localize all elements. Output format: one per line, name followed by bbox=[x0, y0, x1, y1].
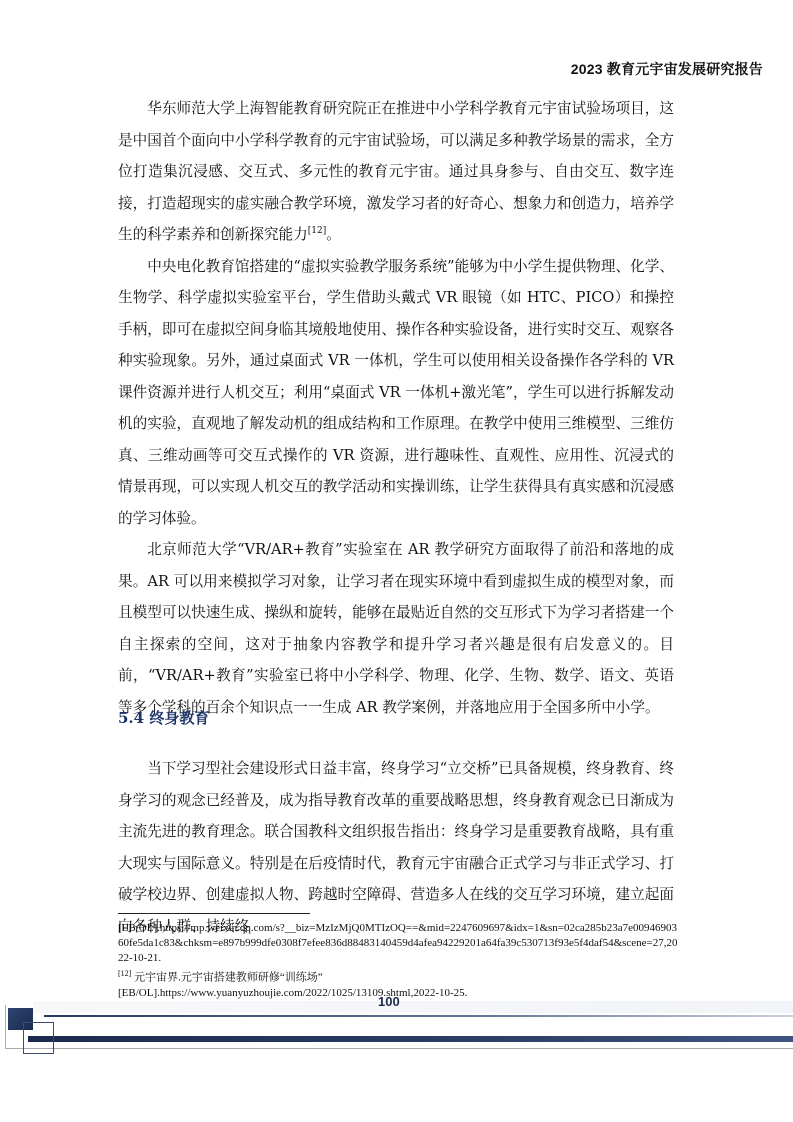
footnotes: [EB/OL].https://mp.weixin.qq.com/s?__biz… bbox=[118, 921, 678, 1001]
body-text: 华东师范大学上海智能教育研究院正在推进中小学科学教育元宇宙试验场项目，这是中国首… bbox=[118, 93, 674, 723]
footnote-12-text: 元宇宙界.元宇宙搭建教师研修“训练场” bbox=[131, 972, 322, 984]
paragraph-bnu: 北京师范大学“VR/AR+教育”实验室在 AR 教学研究方面取得了前沿和落地的成… bbox=[118, 534, 674, 723]
footer-outline-square-icon bbox=[23, 1022, 54, 1054]
citation-ref[interactable]: [12] bbox=[308, 226, 326, 236]
page-number: 100 bbox=[378, 994, 400, 1009]
footer-thick-rule bbox=[28, 1036, 793, 1042]
running-header: 2023 教育元宇宙发展研究报告 bbox=[571, 59, 763, 79]
paragraph-tail: 。 bbox=[326, 226, 341, 243]
footer-thin-rule bbox=[44, 1015, 793, 1017]
section-heading: 5.4 终身教育 bbox=[118, 707, 209, 728]
footnote-divider bbox=[118, 913, 310, 914]
footnote-12: [12] 元宇宙界.元宇宙搭建教师研修“训练场” bbox=[118, 966, 678, 986]
paragraph-text: 华东师范大学上海智能教育研究院正在推进中小学科学教育元宇宙试验场项目，这是中国首… bbox=[118, 100, 674, 243]
footer-frame bbox=[5, 1005, 793, 1049]
paragraph-ncet: 中央电化教育馆搭建的“虚拟实验教学服务系统”能够为中小学生提供物理、化学、生物学… bbox=[118, 251, 674, 535]
footnote-11-continued: [EB/OL].https://mp.weixin.qq.com/s?__biz… bbox=[118, 921, 678, 966]
paragraph-ecnu: 华东师范大学上海智能教育研究院正在推进中小学科学教育元宇宙试验场项目，这是中国首… bbox=[118, 93, 674, 251]
footnote-marker: [12] bbox=[118, 969, 131, 978]
